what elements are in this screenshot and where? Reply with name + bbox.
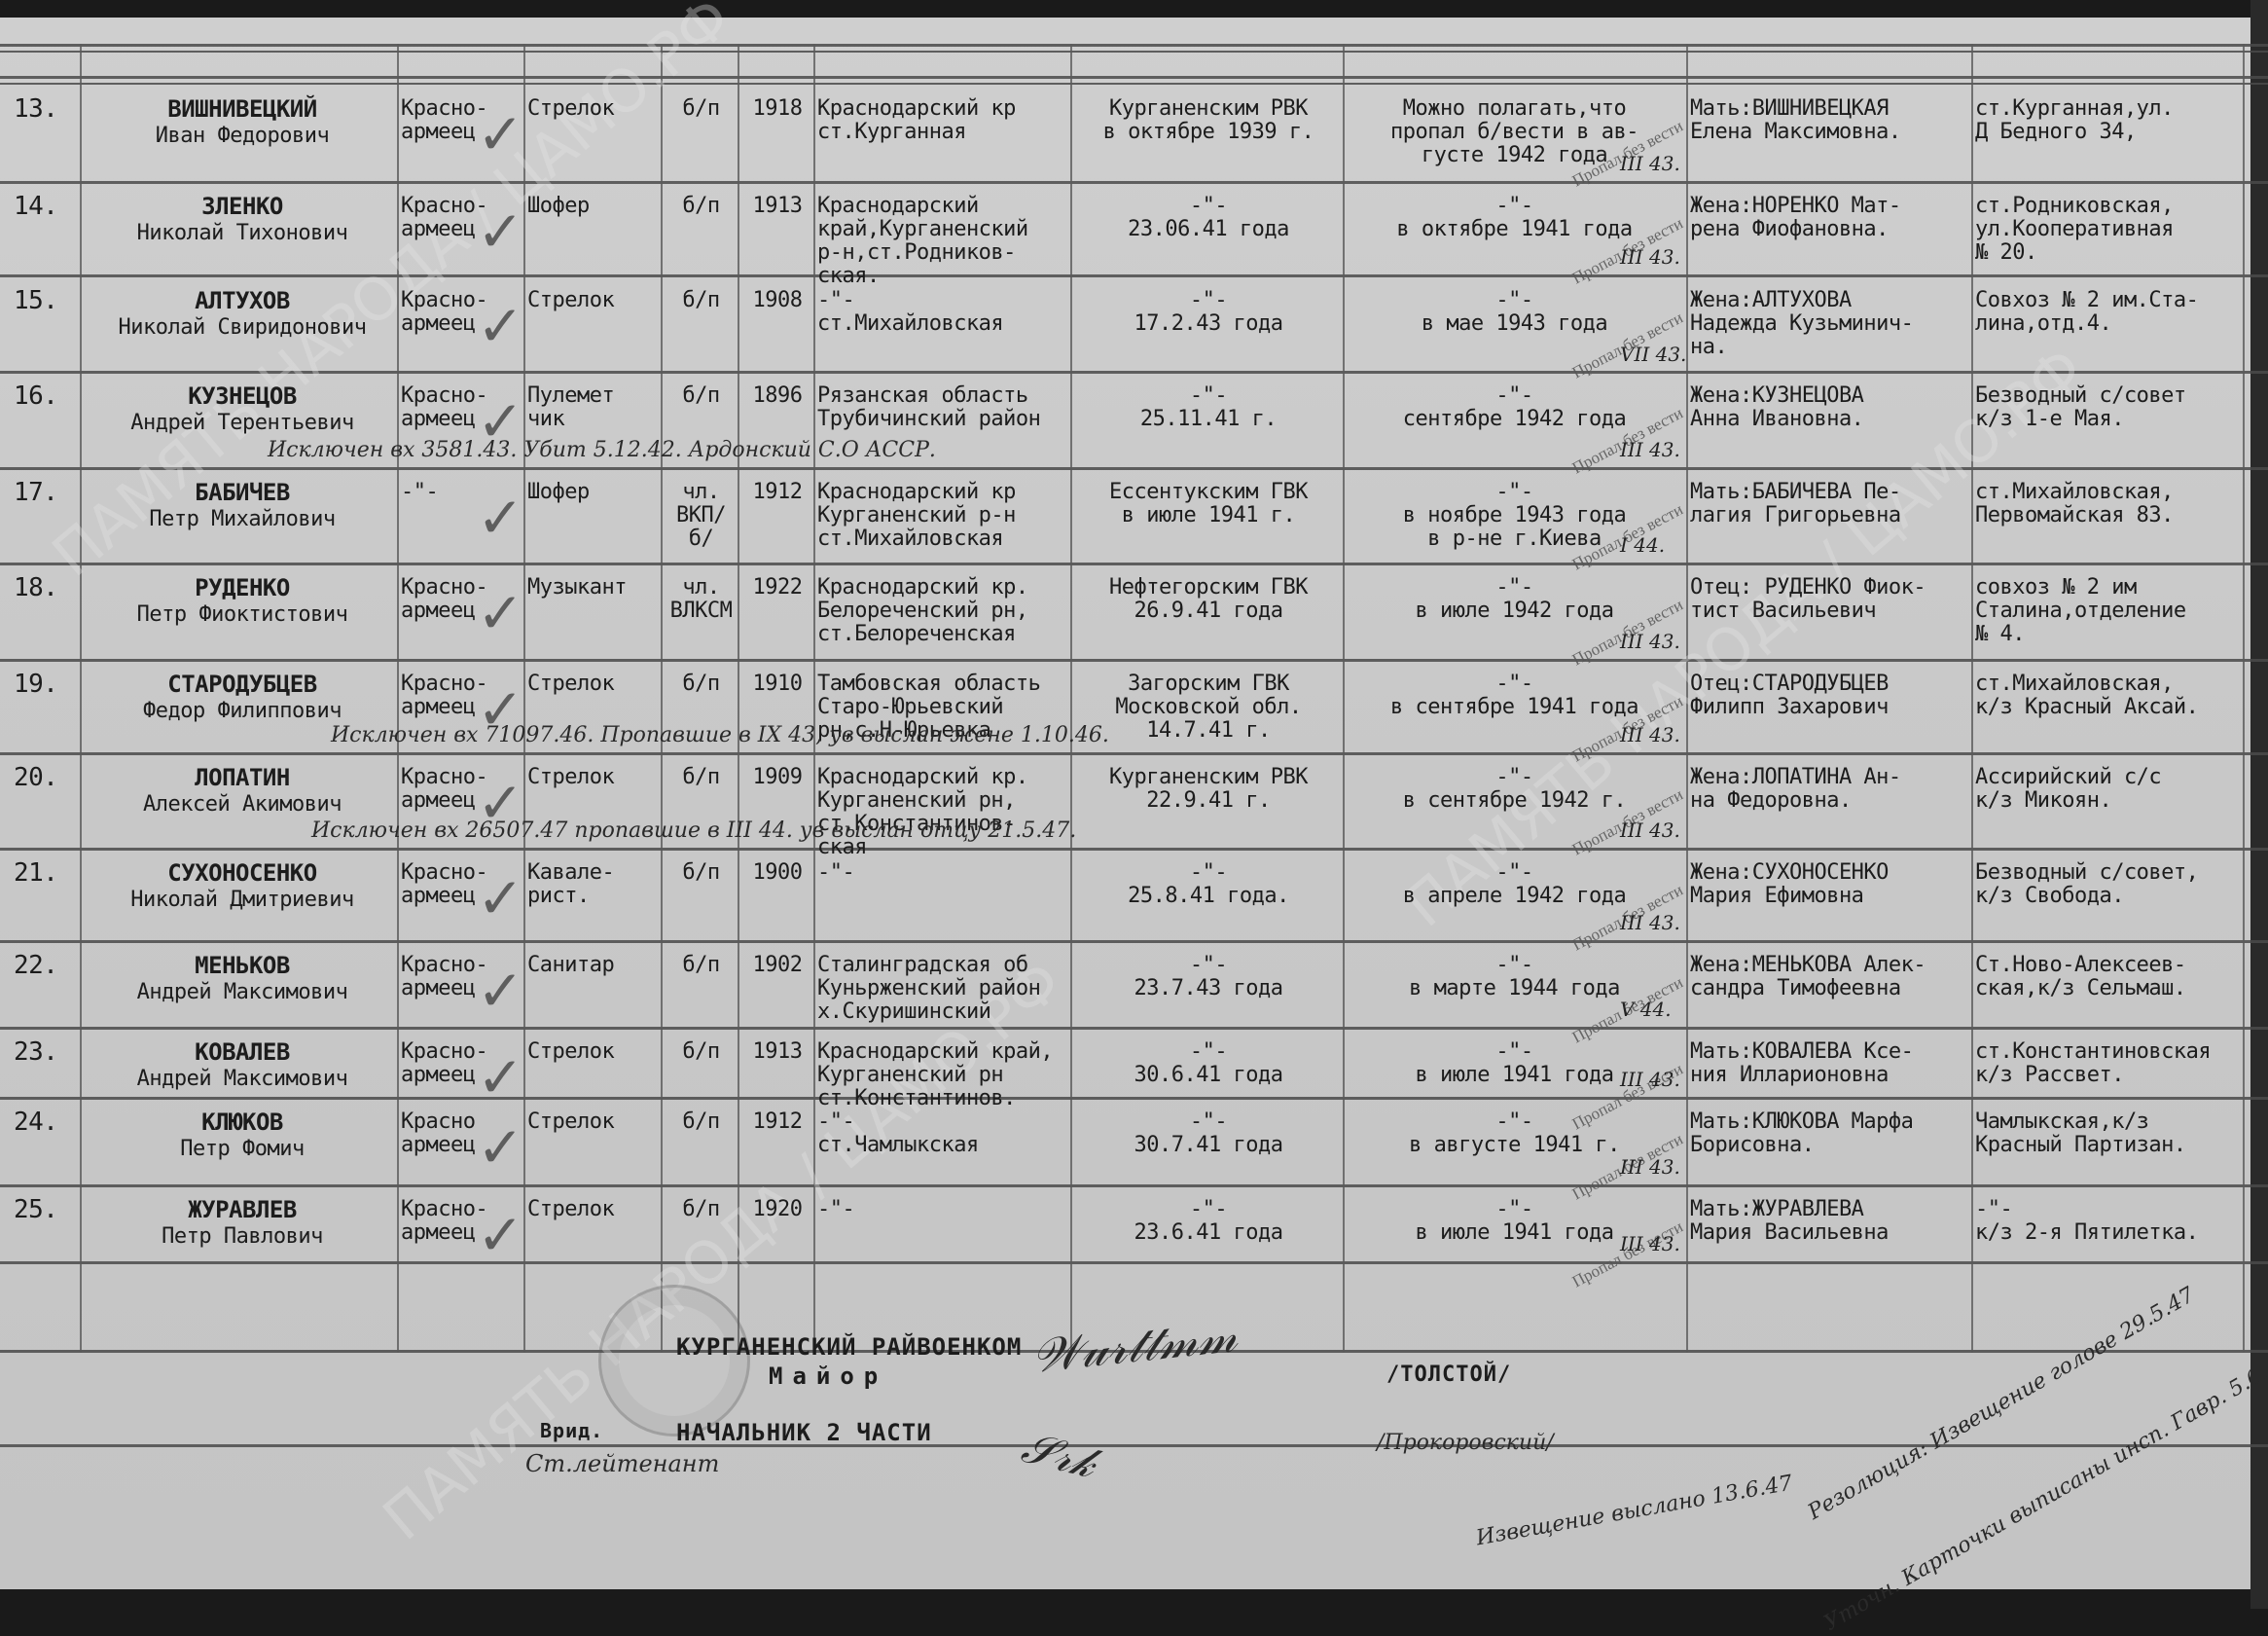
header-rule [0,51,2268,53]
cell-missing: -"- в августе 1941 г. [1347,1110,1682,1157]
missing-mark: V 44. [1620,998,1672,1021]
row-rule [0,752,2268,755]
cell-given: Петр Михайлович [88,508,397,531]
cell-missing: -"- в марте 1944 года [1347,954,1682,1000]
cell-relative: Мать:ЖУРАВЛЕВА Мария Васильевна [1690,1198,1972,1245]
footer-chief-rank: Ст.лейтенант [525,1450,719,1477]
cell-given: Алексей Акимович [88,793,397,817]
cell-surname: СТАРОДУБЦЕВ [88,673,397,696]
footer-acting: Врид. [540,1419,603,1442]
cell-party: б/п [665,673,738,696]
row-rule [0,371,2268,374]
cell-party: чл. ВКП/б/ [665,481,738,551]
cell-surname: БАБИЧЕВ [88,481,397,504]
check-mark-icon: ✓ [477,865,524,931]
col-rule [1343,44,1345,1353]
cell-party: б/п [665,766,738,789]
cell-party: б/п [665,384,738,408]
cell-relative: Жена:МЕНЬКОВА Алек- сандра Тимофеевна [1690,954,1972,1000]
missing-mark: I 44. [1620,533,1665,557]
cell-post: Санитар [527,954,661,977]
cell-surname: ЛОПАТИН [88,766,397,789]
handwritten-row-note: Исключен вх 3581.43. Убит 5.12.42. Ардон… [268,438,936,462]
handwritten-row-note: Исключен вх 26507.47 пропавшие в III 44.… [311,818,1076,843]
cell-year: 1910 [741,673,813,696]
cell-given: Андрей Максимович [88,981,397,1004]
cell-drafted: -"- 30.6.41 года [1074,1040,1343,1087]
cell-drafted: -"- 25.11.41 г. [1074,384,1343,431]
cell-post: Пулемет чик [527,384,661,431]
cell-drafted: -"- 17.2.43 года [1074,289,1343,336]
row-rule [0,1027,2268,1030]
cell-year: 1900 [741,861,813,885]
cell-post: Кавале- рист. [527,861,661,908]
cell-drafted: Нефтегорским ГВК 26.9.41 года [1074,576,1343,623]
row-rule [0,1184,2268,1187]
row-rule [0,659,2268,662]
cell-birthplace: Краснодарский кр. Курганенский рн, ст.Ко… [817,766,1068,859]
col-rule [2243,44,2245,1353]
check-mark-icon: ✓ [477,1044,524,1110]
col-rule [1686,44,1688,1353]
cell-birthplace: -"- [817,861,1068,885]
cell-n: 22. [14,954,72,977]
missing-mark: III 43. [1620,1232,1680,1255]
cell-n: 18. [14,576,72,600]
header-rule [0,76,2268,79]
row-rule [0,563,2268,565]
missing-mark: VII 43. [1620,343,1686,366]
cell-missing: -"- сентябре 1942 года [1347,384,1682,431]
missing-mark: III 43. [1620,911,1680,934]
cell-year: 1918 [741,97,813,121]
cell-address: ст.Родниковская, ул.Кооперативная № 20. [1975,195,2243,265]
cell-surname: МЕНЬКОВ [88,954,397,977]
cell-party: б/п [665,195,738,218]
cell-relative: Жена:НОРЕНКО Мат- рена Фиофановна. [1690,195,1972,241]
check-mark-icon: ✓ [477,1114,524,1181]
cell-party: б/п [665,861,738,885]
cell-post: Стрелок [527,1110,661,1134]
cell-address: Безводный с/совет, к/з Свобода. [1975,861,2243,908]
row-rule [0,940,2268,943]
cell-n: 19. [14,673,72,696]
cell-party: чл. ВЛКСМ [665,576,738,623]
cell-n: 14. [14,195,72,218]
cell-drafted: Загорским ГВК Московской обл. 14.7.41 г. [1074,673,1343,743]
cell-relative: Мать:БАБИЧЕВА Пе- лагия Григорьевна [1690,481,1972,527]
cell-surname: АЛТУХОВ [88,289,397,312]
cell-given: Петр Фомич [88,1138,397,1161]
cell-missing: -"- в июле 1942 года [1347,576,1682,623]
cell-address: ст.Михайловская, к/з Красный Аксай. [1975,673,2243,719]
cell-given: Федор Филиппович [88,700,397,723]
cell-drafted: -"- 23.06.41 года [1074,195,1343,241]
cell-surname: ЖУРАВЛЕВ [88,1198,397,1221]
cell-surname: РУДЕНКО [88,576,397,600]
cell-given: Андрей Терентьевич [88,412,397,435]
cell-n: 13. [14,97,72,121]
missing-mark: III 43. [1620,1068,1680,1091]
cell-address: ст.Константиновская к/з Рассвет. [1975,1040,2243,1087]
cell-drafted: Курганенским РВК 22.9.41 г. [1074,766,1343,813]
cell-year: 1902 [741,954,813,977]
cell-n: 16. [14,384,72,408]
cell-birthplace: Рязанская область Трубичинский район [817,384,1068,431]
cell-post: Стрелок [527,673,661,696]
cell-n: 21. [14,861,72,885]
cell-year: 1909 [741,766,813,789]
check-mark-icon: ✓ [477,580,524,646]
cell-address: ст.Михайловская, Первомайская 83. [1975,481,2243,527]
check-mark-icon: ✓ [477,199,524,265]
cell-birthplace: -"- ст.Чамлыкская [817,1110,1068,1157]
cell-given: Иван Федорович [88,125,397,148]
cell-relative: Жена:СУХОНОСЕНКО Мария Ефимовна [1690,861,1972,908]
cell-n: 17. [14,481,72,504]
footer-chief: НАЧАЛЬНИК 2 ЧАСТИ [676,1419,932,1446]
cell-address: ст.Курганная,ул. Д Бедного 34, [1975,97,2243,144]
cell-drafted: -"- 23.7.43 года [1074,954,1343,1000]
missing-mark: III 43. [1620,723,1680,746]
cell-birthplace: Краснодарский край, Курганенский рн ст.К… [817,1040,1068,1110]
cell-year: 1913 [741,1040,813,1064]
check-mark-icon: ✓ [477,293,524,359]
cell-post: Шофер [527,195,661,218]
col-rule [397,44,399,1353]
cell-given: Николай Свиридонович [88,316,397,340]
cell-post: Стрелок [527,97,661,121]
cell-given: Николай Тихонович [88,222,397,245]
check-mark-icon: ✓ [477,958,524,1024]
cell-relative: Жена:ЛОПАТИНА Ан- на Федоровна. [1690,766,1972,813]
cell-missing: -"- в сентябре 1941 года [1347,673,1682,719]
cell-post: Музыкант [527,576,661,600]
cell-n: 25. [14,1198,72,1221]
footer-chief-name: /Прокоровский/ [1377,1431,1554,1455]
cell-n: 23. [14,1040,72,1064]
col-rule [738,44,739,1353]
cell-given: Андрей Максимович [88,1068,397,1091]
cell-relative: Отец: РУДЕНКО Фиок- тист Васильевич [1690,576,1972,623]
cell-drafted: -"- 30.7.41 года [1074,1110,1343,1157]
row-rule [0,1097,2268,1100]
cell-post: Стрелок [527,1040,661,1064]
cell-address: Совхоз № 2 им.Ста- лина,отд.4. [1975,289,2243,336]
cell-drafted: -"- 25.8.41 года. [1074,861,1343,908]
footer-office: КУРГАНЕНСКИЙ РАЙВОЕНКОМ [676,1333,1022,1361]
cell-address: Ст.Ново-Алексеев- ская,к/з Сельмаш. [1975,954,2243,1000]
cell-drafted: Курганенским РВК в октябре 1939 г. [1074,97,1343,144]
cell-year: 1912 [741,1110,813,1134]
cell-party: б/п [665,1040,738,1064]
footer-name: /ТОЛСТОЙ/ [1386,1363,1511,1387]
missing-mark: III 43. [1620,438,1680,461]
cell-birthplace: Краснодарский кр ст.Курганная [817,97,1068,144]
cell-year: 1913 [741,195,813,218]
cell-year: 1908 [741,289,813,312]
cell-relative: Мать:КЛЮКОВА Марфа Борисовна. [1690,1110,1972,1157]
cell-n: 15. [14,289,72,312]
row-rule [0,1261,2268,1264]
cell-birthplace: Краснодарский кр. Белореченский рн, ст.Б… [817,576,1068,646]
check-mark-icon: ✓ [477,101,524,167]
row-rule [0,181,2268,184]
cell-relative: Мать:КОВАЛЕВА Ксе- ния Илларионовна [1690,1040,1972,1087]
col-rule [1070,44,1072,1353]
cell-relative: Мать:ВИШНИВЕЦКАЯ Елена Максимовна. [1690,97,1972,144]
cell-surname: КЛЮКОВ [88,1110,397,1134]
cell-year: 1920 [741,1198,813,1221]
cell-birthplace: Краснодарский край,Курганенский р-н,ст.Р… [817,195,1068,288]
cell-party: б/п [665,97,738,121]
cell-surname: СУХОНОСЕНКО [88,861,397,885]
row-rule [0,848,2268,851]
cell-birthplace: Сталинградская об Куньрженский район х.С… [817,954,1068,1024]
check-mark-icon: ✓ [477,485,524,551]
cell-party: б/п [665,1110,738,1134]
cell-given: Петр Фиоктистович [88,603,397,627]
official-seal [598,1285,750,1436]
cell-given: Петр Павлович [88,1225,397,1249]
cell-relative: Отец:СТАРОДУБЦЕВ Филипп Захарович [1690,673,1972,719]
cell-drafted: -"- 23.6.41 года [1074,1198,1343,1245]
check-mark-icon: ✓ [477,1202,524,1268]
cell-surname: КУЗНЕЦОВ [88,384,397,408]
cell-missing: -"- в октябре 1941 года [1347,195,1682,241]
cell-drafted: Ессентукским ГВК в июле 1941 г. [1074,481,1343,527]
cell-n: 20. [14,766,72,789]
cell-missing: -"- в мае 1943 года [1347,289,1682,336]
cell-relative: Жена:КУЗНЕЦОВА Анна Ивановна. [1690,384,1972,431]
cell-party: б/п [665,289,738,312]
missing-mark: III 43. [1620,630,1680,653]
cell-year: 1922 [741,576,813,600]
cell-surname: ЗЛЕНКО [88,195,397,218]
cell-post: Стрелок [527,289,661,312]
cell-surname: КОВАЛЕВ [88,1040,397,1064]
cell-post: Стрелок [527,1198,661,1221]
col-rule [813,44,815,1353]
row-rule [0,467,2268,470]
cell-post: Шофер [527,481,661,504]
cell-missing: -"- в сентябре 1942 г. [1347,766,1682,813]
handwritten-row-note: Исключен вх 71097.46. Пропавшие в IX 43,… [331,723,1109,747]
col-rule [80,44,82,1353]
footer-rank: Майор [769,1363,887,1390]
cell-n: 24. [14,1110,72,1134]
cell-address: Ассирийский с/с к/з Микоян. [1975,766,2243,813]
cell-party: б/п [665,1198,738,1221]
cell-birthplace: -"- ст.Михайловская [817,289,1068,336]
cell-year: 1912 [741,481,813,504]
missing-mark: III 43. [1620,818,1680,842]
cell-relative: Жена:АЛТУХОВА Надежда Кузьминич- на. [1690,289,1972,359]
cell-missing: -"- в апреле 1942 года [1347,861,1682,908]
cell-year: 1896 [741,384,813,408]
row-rule [0,274,2268,277]
missing-mark: III 43. [1620,1155,1680,1179]
cell-address: Безводный с/совет к/з 1-е Мая. [1975,384,2243,431]
header-rule [0,44,2268,47]
cell-party: б/п [665,954,738,977]
cell-surname: ВИШНИВЕЦКИЙ [88,97,397,121]
missing-mark: III 43. [1620,152,1680,175]
cell-birthplace: Краснодарский кр Курганенский р-н ст.Мих… [817,481,1068,551]
cell-address: совхоз № 2 им Сталина,отделение № 4. [1975,576,2243,646]
header-rule [0,83,2268,85]
cell-address: Чамлыкская,к/з Красный Партизан. [1975,1110,2243,1157]
cell-address: -"- к/з 2-я Пятилетка. [1975,1198,2243,1245]
missing-mark: III 43. [1620,245,1680,269]
cell-post: Стрелок [527,766,661,789]
col-rule [661,44,663,1353]
cell-given: Николай Дмитриевич [88,889,397,912]
cell-birthplace: -"- [817,1198,1068,1221]
